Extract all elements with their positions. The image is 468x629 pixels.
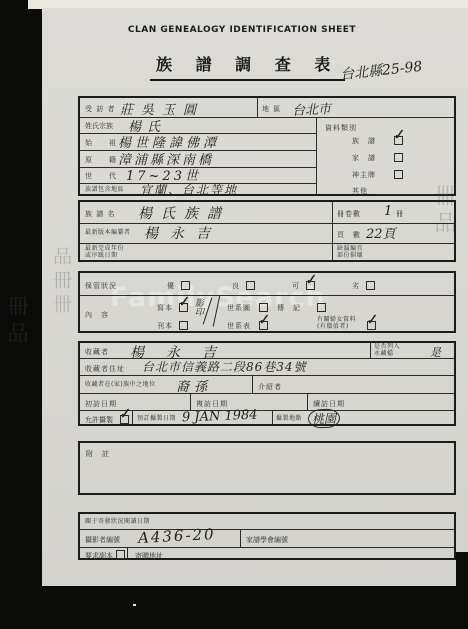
volumes-unit-label: 冊 xyxy=(396,209,404,219)
film-place-value: 桃園 xyxy=(308,408,341,428)
microfilm-frame: 冊品 CLAN GENEALOGY IDENTIFICATION SHEET 族… xyxy=(0,0,468,629)
film-date-value: 9 JAN 1984 xyxy=(182,408,258,426)
divider xyxy=(127,547,128,560)
handwritten-reference-number: 台北縣25-98 xyxy=(339,56,423,84)
first-visit-label: 初訪日期 xyxy=(85,399,117,409)
archive-stamp-watermark-left-bar: 冊品 xyxy=(2,295,32,349)
section-holder: 收藏者 楊永吉 是否列入 永藏檔 是 收藏者住址 台北市信義路二段86巷34號 … xyxy=(78,341,456,426)
section-admin: 關于寄發狀況閱讀日期 攝影者編號 A436-20 家譜學會編號 要求副本 ✓ 寄… xyxy=(78,512,456,560)
listed-value: 是 xyxy=(430,344,441,360)
condition-good-label: 良 xyxy=(232,281,240,291)
condition-label: 保管狀況 xyxy=(85,281,117,291)
handwritten-stroke xyxy=(213,295,221,327)
volumes-label: 冊卷數 xyxy=(337,209,361,219)
holder-address-value: 台北市信義路二段86巷34號 xyxy=(142,358,307,375)
film-date-label: 預訂攝製日期 xyxy=(137,416,176,423)
archive-stamp-watermark-left: 品冊卌 xyxy=(48,246,75,318)
clan-label: 姓氏宗族 xyxy=(85,121,113,131)
generations-label: 世 代 xyxy=(85,171,117,181)
area-label: 地 區 xyxy=(262,104,281,114)
pages-label: 頁 數 xyxy=(337,230,361,240)
divider xyxy=(132,410,133,424)
condition-fair-label: 可 xyxy=(292,281,300,291)
genealogy-sheet-paper: CLAN GENEALOGY IDENTIFICATION SHEET 族 譜 … xyxy=(42,8,468,586)
biography-label: 傳 記 xyxy=(277,303,301,313)
check-icon: ✓ xyxy=(118,406,131,423)
checkbox-women-data: ✓ xyxy=(367,321,376,330)
divider xyxy=(190,393,191,410)
checkbox-jiapu: ✓ xyxy=(394,153,403,162)
other-blank-line xyxy=(376,194,450,195)
section-book: 族 譜 名 楊氏族譜 冊卷數 1 冊 最新版本編纂者 楊永吉 頁 數 22頁 最… xyxy=(78,200,456,262)
women-data-label-line2: (有價值者) xyxy=(317,324,349,331)
origin-label: 原 籍 xyxy=(85,155,117,165)
sheet-title-english: CLAN GENEALOGY IDENTIFICATION SHEET xyxy=(42,25,442,35)
holder-address-label: 收藏者住址 xyxy=(85,364,125,374)
check-icon: ✓ xyxy=(257,312,270,329)
listed-label-line2: 永藏檔 xyxy=(374,351,394,358)
interviewee-label: 受 訪 者 xyxy=(85,104,115,114)
divider xyxy=(80,529,454,530)
divider xyxy=(80,223,454,224)
section-condition-contents: 保管狀況 優 ✓ 良 ✓ 可 ✓ 劣 ✓ 內 容 寫本 ✓ 影印 世系圖 ✓ 傳… xyxy=(78,271,456,333)
notes-label: 附 註 xyxy=(86,449,110,459)
compiler-label: 最新版本編纂者 xyxy=(85,230,131,237)
first-ancestor-label: 始 祖 xyxy=(85,138,117,148)
sheet-title-chinese: 族 譜 調 查 表 xyxy=(150,52,345,81)
divider xyxy=(370,343,371,358)
checkbox-pedigree-chart: ✓ xyxy=(259,303,268,312)
filming-permitted-label: 允許攝製 xyxy=(85,415,113,425)
missing-pages-label-line2: 部份損壞 xyxy=(337,253,363,260)
checkbox-zupu: ✓ xyxy=(394,136,403,145)
manuscript-handwritten-note: 影印 xyxy=(192,298,205,316)
admin-header-label: 關于寄發狀況閱讀日期 xyxy=(85,519,150,526)
holder-label: 收藏者 xyxy=(85,347,109,357)
completion-year-label-line2: 或序跋日期 xyxy=(85,253,118,260)
section-interviewee: 受 訪 者 莊吳玉圓 地 區 台北市 姓氏宗族 楊氏 始 祖 楊世隆諱佛潭 原 … xyxy=(78,96,456,196)
checkbox-biography: ✓ xyxy=(317,303,326,312)
film-dust-speck xyxy=(133,604,136,606)
second-visit-label: 複訪日期 xyxy=(196,399,228,409)
category-tablet-label: 神主牌 xyxy=(352,170,376,180)
checkbox-condition-good: ✓ xyxy=(246,281,255,290)
category-jiapu-label: 家 譜 xyxy=(352,153,376,163)
manuscript-label: 寫本 xyxy=(157,303,173,313)
photographer-number-label: 攝影者編號 xyxy=(85,535,120,545)
checkbox-tablet: ✓ xyxy=(394,170,403,179)
divider xyxy=(252,375,253,393)
checkbox-copy-requested: ✓ xyxy=(116,550,125,559)
society-number-label: 家譜學會編號 xyxy=(246,535,288,545)
category-label: 資料類別 xyxy=(325,123,357,133)
divider xyxy=(240,529,241,547)
divider xyxy=(80,375,454,376)
contents-label: 內 容 xyxy=(85,310,109,320)
divider xyxy=(272,410,273,424)
volumes-value: 1 xyxy=(384,204,392,219)
mailing-address-label: 寄贈地址 xyxy=(135,551,163,561)
divider xyxy=(80,393,454,394)
film-place-label: 攝製地點 xyxy=(276,416,302,423)
checkbox-condition-poor: ✓ xyxy=(366,281,375,290)
copy-requested-label: 要求副本 xyxy=(85,551,113,561)
check-icon: ✓ xyxy=(365,312,378,329)
divider xyxy=(316,117,317,194)
divider xyxy=(332,202,333,260)
photographer-number-value: A436-20 xyxy=(138,525,216,547)
holder-position-value: 裔孫 xyxy=(176,376,212,395)
divider xyxy=(80,410,454,411)
section-notes: 附 註 xyxy=(78,441,456,495)
checkbox-condition-excellent: ✓ xyxy=(181,281,190,290)
checkbox-filming-permitted: ✓ xyxy=(120,415,129,424)
check-icon: ✓ xyxy=(392,127,405,144)
divider xyxy=(257,98,258,117)
check-icon: ✓ xyxy=(177,294,190,311)
pedigree-chart-label: 世系圖 xyxy=(227,303,251,313)
category-other-label: 其他 xyxy=(352,186,368,196)
pages-value: 22頁 xyxy=(366,223,396,242)
film-corner-shadow xyxy=(456,552,468,586)
divider xyxy=(80,547,454,548)
coverage-value: 宜蘭、台北等地 xyxy=(140,181,238,198)
category-zupu-label: 族 譜 xyxy=(352,136,376,146)
checkbox-manuscript: ✓ xyxy=(179,303,188,312)
followup-visit-label: 續訪日期 xyxy=(313,399,345,409)
condition-poor-label: 劣 xyxy=(352,281,360,291)
checkbox-condition-fair: ✓ xyxy=(306,281,315,290)
book-title-label: 族 譜 名 xyxy=(85,209,115,219)
divider xyxy=(307,393,308,410)
holder-position-label: 收藏者在(家)族中之地位 xyxy=(85,382,156,389)
checkbox-genealogy-table: ✓ xyxy=(259,321,268,330)
condition-excellent-label: 優 xyxy=(167,281,175,291)
coverage-label: 族譜包含地區 xyxy=(85,187,124,194)
introducer-label: 介紹者 xyxy=(258,382,282,392)
check-icon: ✓ xyxy=(304,272,317,289)
book-title-value: 楊氏族譜 xyxy=(138,203,230,223)
area-value: 台北市 xyxy=(292,98,332,119)
divider xyxy=(80,243,454,244)
genealogy-table-label: 世系表 xyxy=(227,321,251,331)
compiler-value: 楊永吉 xyxy=(144,223,222,243)
printed-edition-label: 刊本 xyxy=(157,321,173,331)
divider xyxy=(80,295,454,296)
checkbox-printed-edition: ✓ xyxy=(179,321,188,330)
